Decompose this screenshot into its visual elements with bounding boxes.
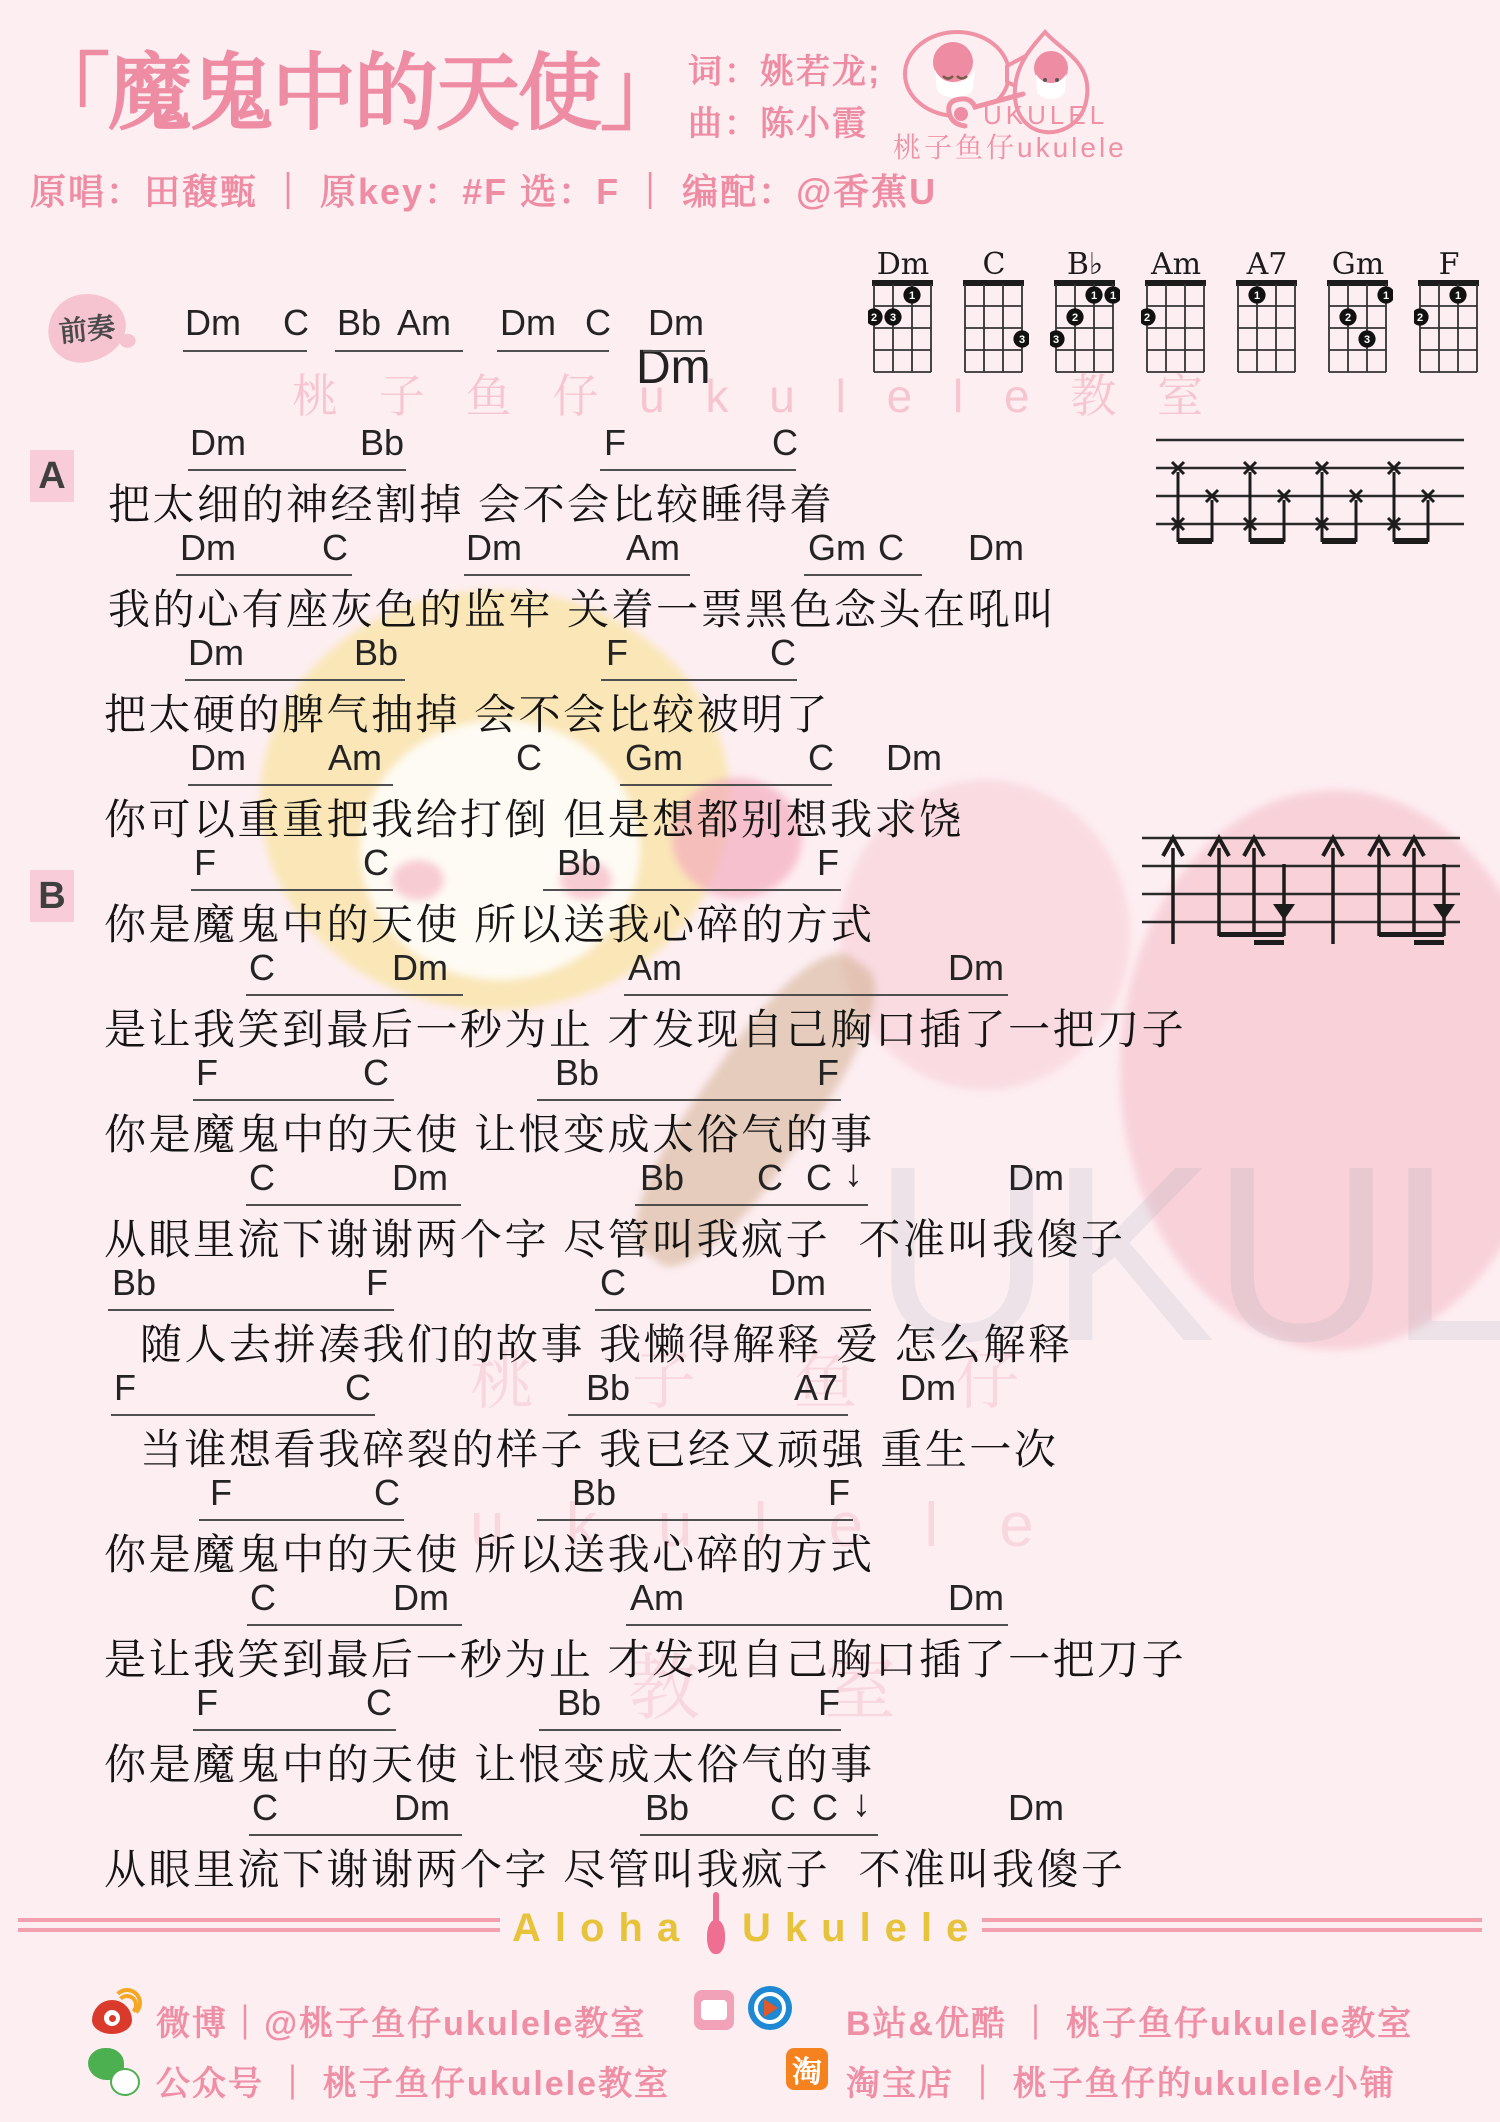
lyric-text: 从眼里流下谢谢两个字 尽管叫我疯子 不准叫我傻子 xyxy=(104,1837,1126,1897)
chord-mark: Am xyxy=(626,527,680,569)
chord-mark: C xyxy=(772,422,798,464)
song-line: ADmBbFC把太细的神经割掉 会不会比较睡得着 xyxy=(0,420,1500,525)
chord-underline xyxy=(497,350,609,352)
chord-mark: Bb xyxy=(354,632,398,674)
chord-mark: Dm xyxy=(185,302,241,344)
chord-underline xyxy=(600,469,796,471)
chord-mark: Dm xyxy=(886,737,942,779)
chord-mark: F xyxy=(604,422,626,464)
song-meta: 原唱：田馥甄 ｜ 原key：#F 选：F ｜ 编配：@香蕉U xyxy=(30,164,937,215)
intro-line: 前奏 DmCBbAmDmCDm xyxy=(0,294,1500,374)
svg-text:A7: A7 xyxy=(1246,248,1288,282)
svg-text:Am: Am xyxy=(1150,248,1201,282)
chord-underline xyxy=(537,1099,841,1101)
chord-mark: Bb xyxy=(645,1787,689,1829)
chord-underline xyxy=(199,1519,404,1521)
chord-mark: C xyxy=(812,1787,838,1829)
section-label-A: A xyxy=(30,450,74,502)
chord-mark: Dm xyxy=(392,947,448,989)
chord-mark: C xyxy=(363,842,389,884)
chord-underline xyxy=(804,574,922,576)
chord-underline xyxy=(191,889,393,891)
wechat-icon xyxy=(88,2048,140,2096)
chord-underline xyxy=(601,679,797,681)
lyricist-credit: 词：姚若龙; xyxy=(688,44,881,93)
chord-mark: F xyxy=(196,1682,218,1724)
wechat-account: 公众号 ｜ 桃子鱼仔ukulele教室 xyxy=(156,2056,670,2105)
divider-line-right xyxy=(982,1918,1482,1922)
chord-mark: Bb xyxy=(640,1157,684,1199)
taobao-icon: 淘 xyxy=(786,2048,828,2090)
svg-text:Dm: Dm xyxy=(877,248,930,282)
song-line: FCBbF你是魔鬼中的天使 所以送我心碎的方式 xyxy=(0,1470,1500,1575)
lyric-text: 当谁想看我碎裂的样子 我已经又顽强 重生一次 xyxy=(140,1417,1058,1477)
taobao-account: 淘宝店 ｜ 桃子鱼仔的ukulele小铺 xyxy=(846,2056,1396,2105)
chord-underline xyxy=(188,469,406,471)
chord-mark: F xyxy=(828,1472,850,1514)
chord-sheet-page: 桃 子 鱼 仔 u k u l e l e 教 室 桃 子 鱼 仔 u k u … xyxy=(0,0,1500,2122)
chord-mark: Dm xyxy=(1008,1157,1064,1199)
composer-credit: 曲：陈小霞 xyxy=(688,96,868,145)
chord-mark: Dm xyxy=(948,1577,1004,1619)
chord-mark: Bb xyxy=(337,302,381,344)
chord-mark: C xyxy=(366,1682,392,1724)
chord-mark: Dm xyxy=(180,527,236,569)
chord-underline xyxy=(626,1624,1008,1626)
chord-mark: A7 xyxy=(794,1367,838,1409)
chord-underline xyxy=(176,574,352,576)
video-account: B站&优酷 ｜ 桃子鱼仔ukulele教室 xyxy=(846,1996,1413,2045)
chord-mark: Am xyxy=(630,1577,684,1619)
chord-underline xyxy=(108,1309,394,1311)
lyric-text: 是让我笑到最后一秒为止 才发现自己胸口插了一把刀子 xyxy=(104,1627,1186,1687)
chord-underline xyxy=(188,784,393,786)
song-line: FCBbF你是魔鬼中的天使 让恨变成太俗气的事 xyxy=(0,1680,1500,1785)
play-icon xyxy=(748,1986,792,2030)
lyric-text: 从眼里流下谢谢两个字 尽管叫我疯子 不准叫我傻子 xyxy=(104,1207,1126,1267)
chord-mark: C xyxy=(770,632,796,674)
chord-underline xyxy=(537,1519,853,1521)
chord-underline xyxy=(111,1414,375,1416)
chord-mark: C xyxy=(250,1577,276,1619)
chord-underline xyxy=(193,1099,394,1101)
chord-mark: Dm xyxy=(968,527,1024,569)
chord-mark: Bb xyxy=(557,1682,601,1724)
song-line: FCBbF你是魔鬼中的天使 让恨变成太俗气的事 xyxy=(0,1050,1500,1155)
lyric-text: 我的心有座灰色的监牢 关着一票黑色念头在吼叫 xyxy=(108,577,1057,637)
chord-mark: C xyxy=(252,1787,278,1829)
chord-mark: C xyxy=(249,1157,275,1199)
song-line: DmAmCGmCDm你可以重重把我给打倒 但是想都别想我求饶 xyxy=(0,735,1500,840)
chord-mark: Bb xyxy=(586,1367,630,1409)
chord-mark: Dm xyxy=(190,737,246,779)
chord-underline xyxy=(624,994,1008,996)
chord-mark: C xyxy=(374,1472,400,1514)
chord-mark: F xyxy=(817,1052,839,1094)
song-line: BbFCDm随人去拼凑我们的故事 我懒得解释 爱 怎么解释 xyxy=(0,1260,1500,1365)
lyric-text: 随人去拼凑我们的故事 我懒得解释 爱 怎么解释 xyxy=(140,1312,1073,1372)
chord-underline xyxy=(620,784,832,786)
strum-down-mark: ↓ xyxy=(852,1783,871,1826)
chord-mark: Dm xyxy=(500,302,556,344)
lyric-text: 你是魔鬼中的天使 让恨变成太俗气的事 xyxy=(104,1102,875,1162)
chord-underline xyxy=(193,1729,396,1731)
chord-mark: Dm xyxy=(770,1262,826,1304)
chord-mark: Am xyxy=(328,737,382,779)
chord-mark: C xyxy=(757,1157,783,1199)
chord-mark: F xyxy=(194,842,216,884)
chord-mark: Dm xyxy=(190,422,246,464)
song-line: DmCDmAmGmCDm我的心有座灰色的监牢 关着一票黑色念头在吼叫 xyxy=(0,525,1500,630)
chord-mark: Dm xyxy=(948,947,1004,989)
weibo-icon xyxy=(92,1988,140,2034)
chord-underline xyxy=(568,1414,848,1416)
chord-mark: Gm xyxy=(625,737,683,779)
chord-mark: Am xyxy=(628,947,682,989)
chord-underline xyxy=(643,350,705,352)
chord-mark: C xyxy=(878,527,904,569)
chord-mark: C xyxy=(345,1367,371,1409)
divider-word-aloha: Aloha xyxy=(512,1906,693,1951)
weibo-account: 微博｜@桃子鱼仔ukulele教室 xyxy=(156,1996,646,2045)
strum-down-mark: ↓ xyxy=(844,1153,863,1196)
chord-mark: C xyxy=(283,302,309,344)
chord-mark: Am xyxy=(397,302,451,344)
chord-mark: F xyxy=(196,1052,218,1094)
chord-mark: Dm xyxy=(392,1157,448,1199)
song-line: FCBbA7Dm当谁想看我碎裂的样子 我已经又顽强 重生一次 xyxy=(0,1365,1500,1470)
chord-mark: Bb xyxy=(557,842,601,884)
chord-mark: F xyxy=(210,1472,232,1514)
bilibili-icon xyxy=(694,1990,734,2030)
divider-line-right2 xyxy=(982,1928,1482,1932)
chord-mark: C xyxy=(585,302,611,344)
svg-text:F: F xyxy=(1439,248,1460,282)
chord-mark: C xyxy=(808,737,834,779)
chord-mark: Dm xyxy=(1008,1787,1064,1829)
lyric-text: 你可以重重把我给打倒 但是想都别想我求饶 xyxy=(104,787,964,847)
chord-mark: C xyxy=(806,1157,832,1199)
chord-underline xyxy=(595,1309,871,1311)
logo-caption: 桃子鱼仔ukulele xyxy=(893,126,1127,166)
song-line: CDmAmDm是让我笑到最后一秒为止 才发现自己胸口插了一把刀子 xyxy=(0,1575,1500,1680)
chord-underline xyxy=(249,1834,462,1836)
chord-underline xyxy=(246,1204,461,1206)
chord-underline xyxy=(635,1204,868,1206)
lyric-text: 你是魔鬼中的天使 所以送我心碎的方式 xyxy=(104,892,875,952)
chord-mark: F xyxy=(817,842,839,884)
song-line: BFCBbF你是魔鬼中的天使 所以送我心碎的方式 xyxy=(0,840,1500,945)
lyric-text: 把太细的神经割掉 会不会比较睡得着 xyxy=(108,472,834,532)
lyric-text: 把太硬的脾气抽掉 会不会比较被明了 xyxy=(104,682,830,742)
ukulele-icon xyxy=(706,1892,726,1954)
lyric-text: 是让我笑到最后一秒为止 才发现自己胸口插了一把刀子 xyxy=(104,997,1186,1057)
chord-underline xyxy=(464,574,690,576)
chord-underline xyxy=(183,350,307,352)
divider-line-left2 xyxy=(18,1928,500,1932)
chord-mark: C xyxy=(249,947,275,989)
song-lines: ADmBbFC把太细的神经割掉 会不会比较睡得着DmCDmAmGmCDm我的心有… xyxy=(0,420,1500,1890)
chord-mark: C xyxy=(770,1787,796,1829)
chord-mark: Bb xyxy=(572,1472,616,1514)
chord-underline xyxy=(539,1729,841,1731)
svg-text:Gm: Gm xyxy=(1332,248,1384,282)
divider-line-left xyxy=(18,1918,500,1922)
chord-underline xyxy=(640,1834,878,1836)
lyric-text: 你是魔鬼中的天使 让恨变成太俗气的事 xyxy=(104,1732,875,1792)
song-line: CDmBbCC↓Dm从眼里流下谢谢两个字 尽管叫我疯子 不准叫我傻子 xyxy=(0,1785,1500,1890)
chord-mark: C xyxy=(363,1052,389,1094)
song-line: CDmAmDm是让我笑到最后一秒为止 才发现自己胸口插了一把刀子 xyxy=(0,945,1500,1050)
chord-mark: Dm xyxy=(900,1367,956,1409)
chord-mark: Dm xyxy=(466,527,522,569)
chord-underline xyxy=(247,1624,462,1626)
song-title: 「魔鬼中的天使」 xyxy=(26,26,682,147)
chord-mark: C xyxy=(600,1262,626,1304)
chord-underline xyxy=(335,350,463,352)
song-line: DmBbFC把太硬的脾气抽掉 会不会比较被明了 xyxy=(0,630,1500,735)
chord-mark: Gm xyxy=(808,527,866,569)
chord-mark: Bb xyxy=(555,1052,599,1094)
divider-word-ukulele: Ukulele xyxy=(742,1906,982,1951)
chord-underline xyxy=(543,889,841,891)
chord-mark: Dm xyxy=(393,1577,449,1619)
chord-mark: F xyxy=(606,632,628,674)
chord-mark: C xyxy=(322,527,348,569)
chord-mark: Dm xyxy=(394,1787,450,1829)
chord-underline xyxy=(185,679,405,681)
chord-mark: F xyxy=(114,1367,136,1409)
chord-mark: Bb xyxy=(360,422,404,464)
chord-mark: F xyxy=(366,1262,388,1304)
chord-mark: Bb xyxy=(112,1262,156,1304)
chord-underline xyxy=(246,994,463,996)
lyric-text: 你是魔鬼中的天使 所以送我心碎的方式 xyxy=(104,1522,875,1582)
intro-label-bubble: 前奏 xyxy=(45,290,130,366)
svg-text:B♭: B♭ xyxy=(1067,248,1103,282)
chord-mark: F xyxy=(818,1682,840,1724)
chord-mark: Dm xyxy=(648,302,704,344)
section-label-B: B xyxy=(30,870,74,922)
chord-mark: C xyxy=(516,737,542,779)
svg-text:C: C xyxy=(983,248,1006,282)
song-line: CDmBbCC↓Dm从眼里流下谢谢两个字 尽管叫我疯子 不准叫我傻子 xyxy=(0,1155,1500,1260)
chord-mark: Dm xyxy=(188,632,244,674)
